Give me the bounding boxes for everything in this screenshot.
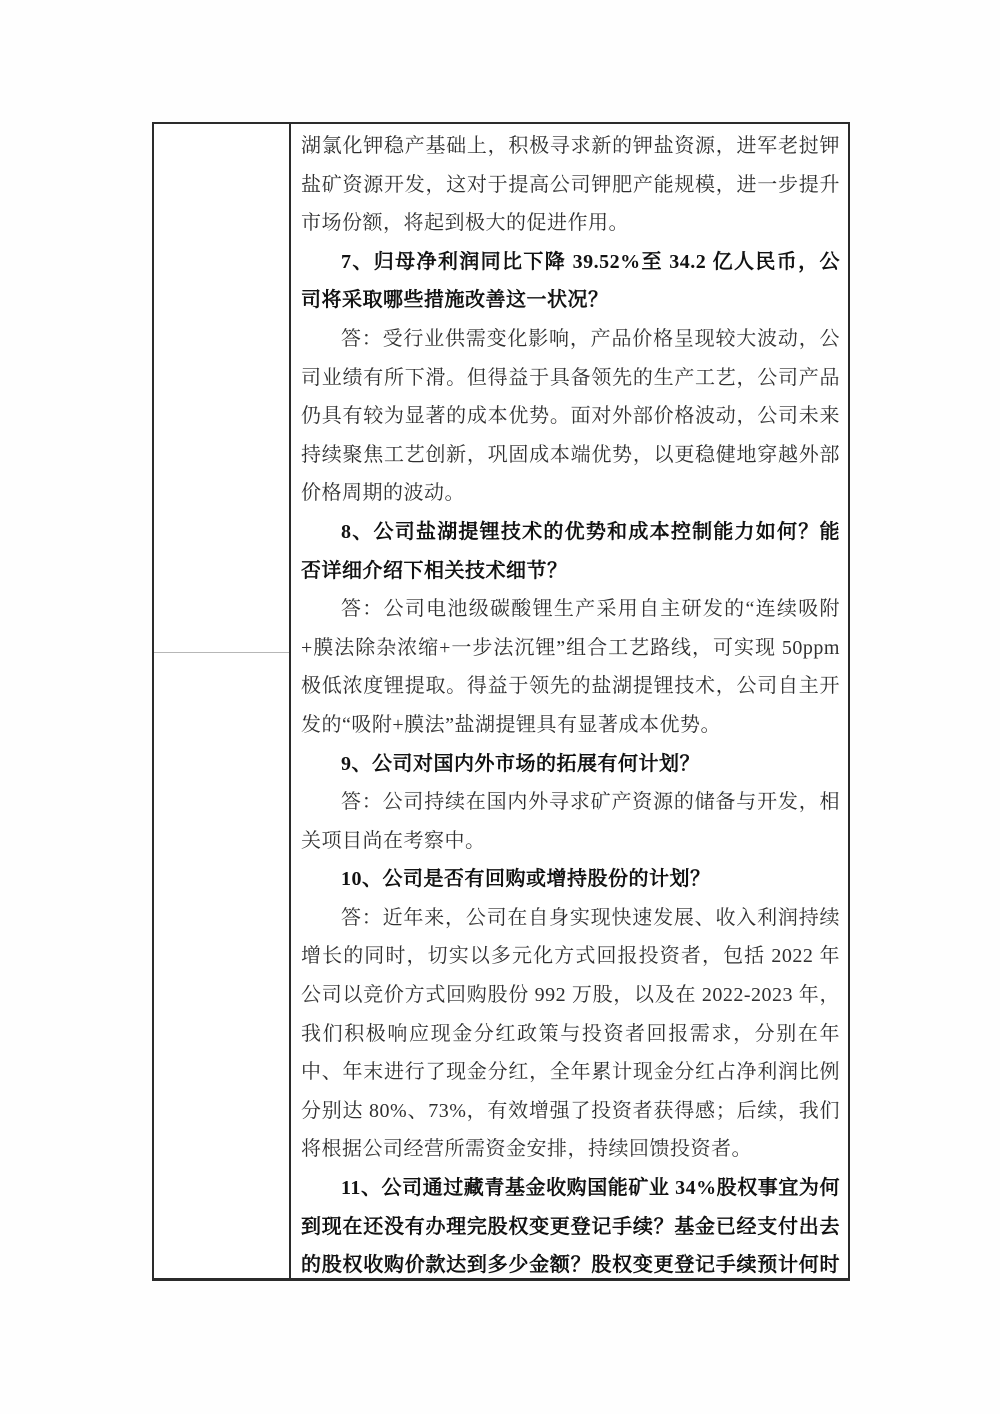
qa-answer-paragraph: 答：近年来，公司在自身实现快速发展、收入利润持续增长的同时，切实以多元化方式回报… (301, 899, 840, 1169)
scanned-document-page: { "page": { "kind": "investor-relations-… (0, 0, 1000, 1414)
qa-answer-paragraph: 答：公司电池级碳酸锂生产采用自主研发的“连续吸附+膜法除杂浓缩+一步法沉锂”组合… (301, 590, 840, 744)
qa-question-paragraph: 10、公司是否有回购或增持股份的计划？ (301, 860, 840, 899)
table-left-cell-empty (154, 124, 291, 1278)
qa-table: 湖氯化钾稳产基础上，积极寻求新的钾盐资源，进军老挝钾盐矿资源开发，这对于提高公司… (152, 122, 850, 1281)
qa-answer-paragraph: 答：公司持续在国内外寻求矿产资源的储备与开发，相关项目尚在考察中。 (301, 783, 840, 860)
table-row-divider (154, 652, 289, 653)
qa-question-paragraph: 7、归母净利润同比下降 39.52%至 34.2 亿人民币，公司将采取哪些措施改… (301, 243, 840, 320)
qa-question-paragraph: 9、公司对国内外市场的拓展有何计划？ (301, 745, 840, 784)
qa-answer-paragraph: 湖氯化钾稳产基础上，积极寻求新的钾盐资源，进军老挝钾盐矿资源开发，这对于提高公司… (301, 127, 840, 243)
qa-answer-paragraph: 答：受行业供需变化影响，产品价格呈现较大波动，公司业绩有所下滑。但得益于具备领先… (301, 320, 840, 513)
table-content-cell: 湖氯化钾稳产基础上，积极寻求新的钾盐资源，进军老挝钾盐矿资源开发，这对于提高公司… (291, 124, 848, 1278)
qa-question-paragraph: 11、公司通过藏青基金收购国能矿业 34%股权事宜为何到现在还没有办理完股权变更… (301, 1169, 840, 1278)
qa-question-paragraph: 8、公司盐湖提锂技术的优势和成本控制能力如何？能否详细介绍下相关技术细节？ (301, 513, 840, 590)
